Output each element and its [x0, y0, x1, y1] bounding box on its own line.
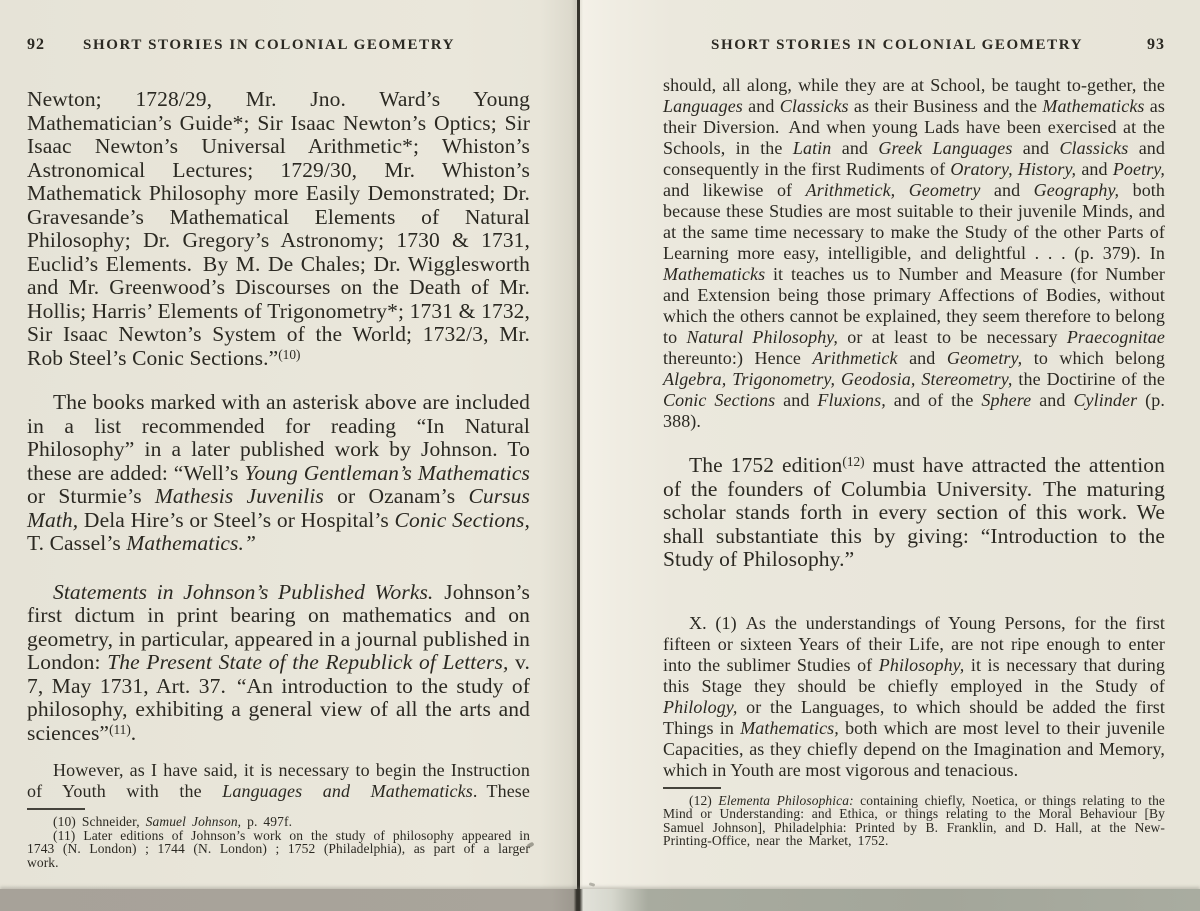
paragraph-newton-list: Newton; 1728/29, Mr. Jno. Ward’s Young M…	[27, 88, 530, 370]
running-title-right: SHORT STORIES IN COLONIAL GEOMETRY	[711, 36, 1083, 54]
scanner-edge-band	[0, 889, 1200, 911]
page-right: SHORT STORIES IN COLONIAL GEOMETRY 93 sh…	[663, 36, 1165, 848]
footnote-rule-left	[27, 808, 85, 810]
paragraph-x1-quote: X. (1) As the understandings of Young Pe…	[663, 613, 1165, 781]
page-right-header: SHORT STORIES IN COLONIAL GEOMETRY 93	[663, 36, 1165, 54]
paragraph-should-quote: should, all along, while they are at Sch…	[663, 75, 1165, 432]
page-number-left: 92	[27, 36, 45, 54]
page-left: 92 SHORT STORIES IN COLONIAL GEOMETRY Ne…	[27, 36, 530, 869]
paragraph-1752-edition: The 1752 edition(12) must have attracted…	[663, 454, 1165, 572]
footnote-rule-right	[663, 787, 721, 789]
footnote-11: (11) Later editions of Johnson’s work on…	[27, 829, 530, 870]
running-title-left: SHORT STORIES IN COLONIAL GEOMETRY	[83, 36, 455, 54]
paragraph-however-quote: However, as I have said, it is necessary…	[27, 760, 530, 802]
scan-smudge	[589, 882, 596, 886]
paragraph-statements: Statements in Johnson’s Published Works.…	[27, 581, 530, 746]
page-left-header: 92 SHORT STORIES IN COLONIAL GEOMETRY	[27, 36, 530, 54]
paragraph-asterisk-books: The books marked with an asterisk above …	[27, 391, 530, 556]
footnote-12: (12) Elementa Philosophica: containing c…	[663, 794, 1165, 848]
page-number-right: 93	[1147, 36, 1165, 54]
footnote-10: (10) Schneider, Samuel Johnson, p. 497f.	[27, 815, 530, 829]
book-gutter	[577, 0, 580, 911]
book-scan: 92 SHORT STORIES IN COLONIAL GEOMETRY Ne…	[0, 0, 1200, 911]
